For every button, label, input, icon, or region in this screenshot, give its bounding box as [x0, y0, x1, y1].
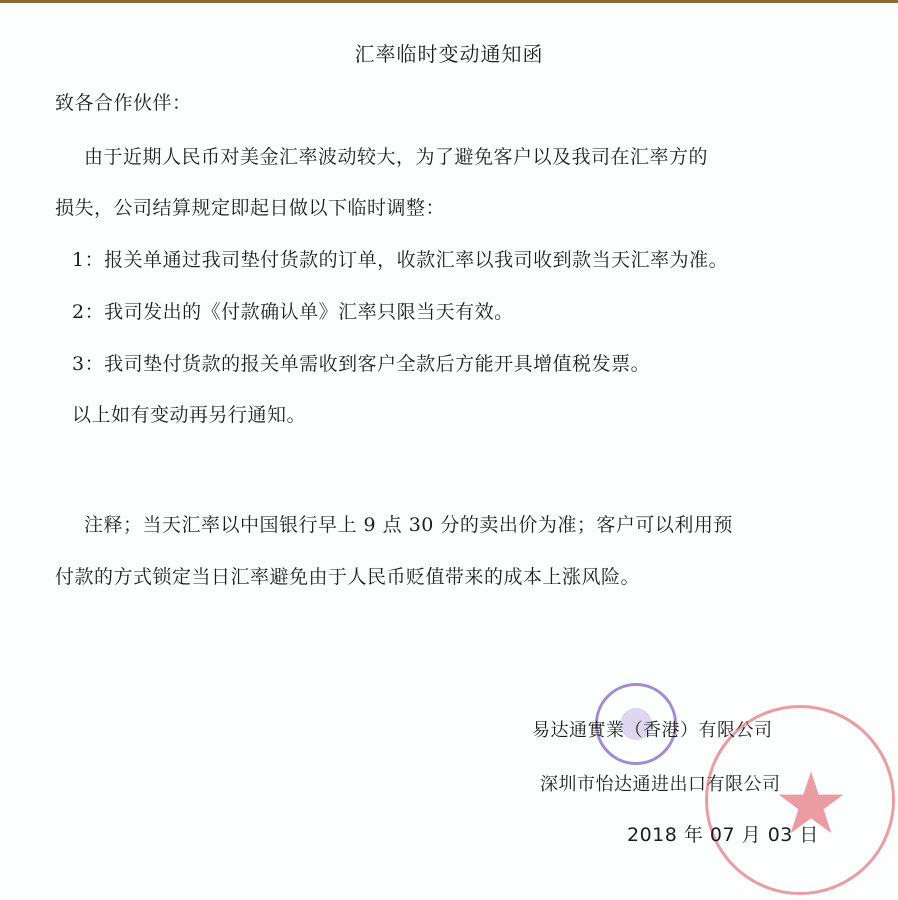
- item-3: 3：我司垫付货款的报关单需收到客户全款后方能开具增值税发票。: [72, 349, 650, 376]
- note-line-2: 付款的方式锁定当日汇率避免由于人民币贬值带来的成本上涨风险。: [55, 562, 640, 589]
- closing-line: 以上如有变动再另行通知。: [72, 400, 306, 427]
- signature-company-1: 易达通實業（香港）有限公司: [532, 716, 773, 742]
- item-2: 2：我司发出的《付款确认单》汇率只限当天有效。: [72, 297, 514, 324]
- note-line-1: 注释；当天汇率以中国银行早上 9 点 30 分的卖出价为准；客户可以利用预: [84, 510, 733, 537]
- paragraph-line-2: 损失，公司结算规定即起日做以下临时调整：: [55, 193, 445, 220]
- document-date: 2018 年 07 月 03 日: [627, 820, 819, 847]
- signature-company-2: 深圳市怡达通进出口有限公司: [540, 770, 781, 796]
- document-title: 汇率临时变动通知函: [0, 38, 898, 67]
- notice-document: 汇率临时变动通知函 致各合作伙伴： 由于近期人民币对美金汇率波动较大，为了避免客…: [0, 0, 898, 900]
- greeting: 致各合作伙伴：: [55, 88, 192, 115]
- item-1: 1：报关单通过我司垫付货款的订单，收款汇率以我司收到款当天汇率为准。: [72, 245, 728, 272]
- paragraph-line-1: 由于近期人民币对美金汇率波动较大，为了避免客户以及我司在汇率方的: [84, 142, 708, 169]
